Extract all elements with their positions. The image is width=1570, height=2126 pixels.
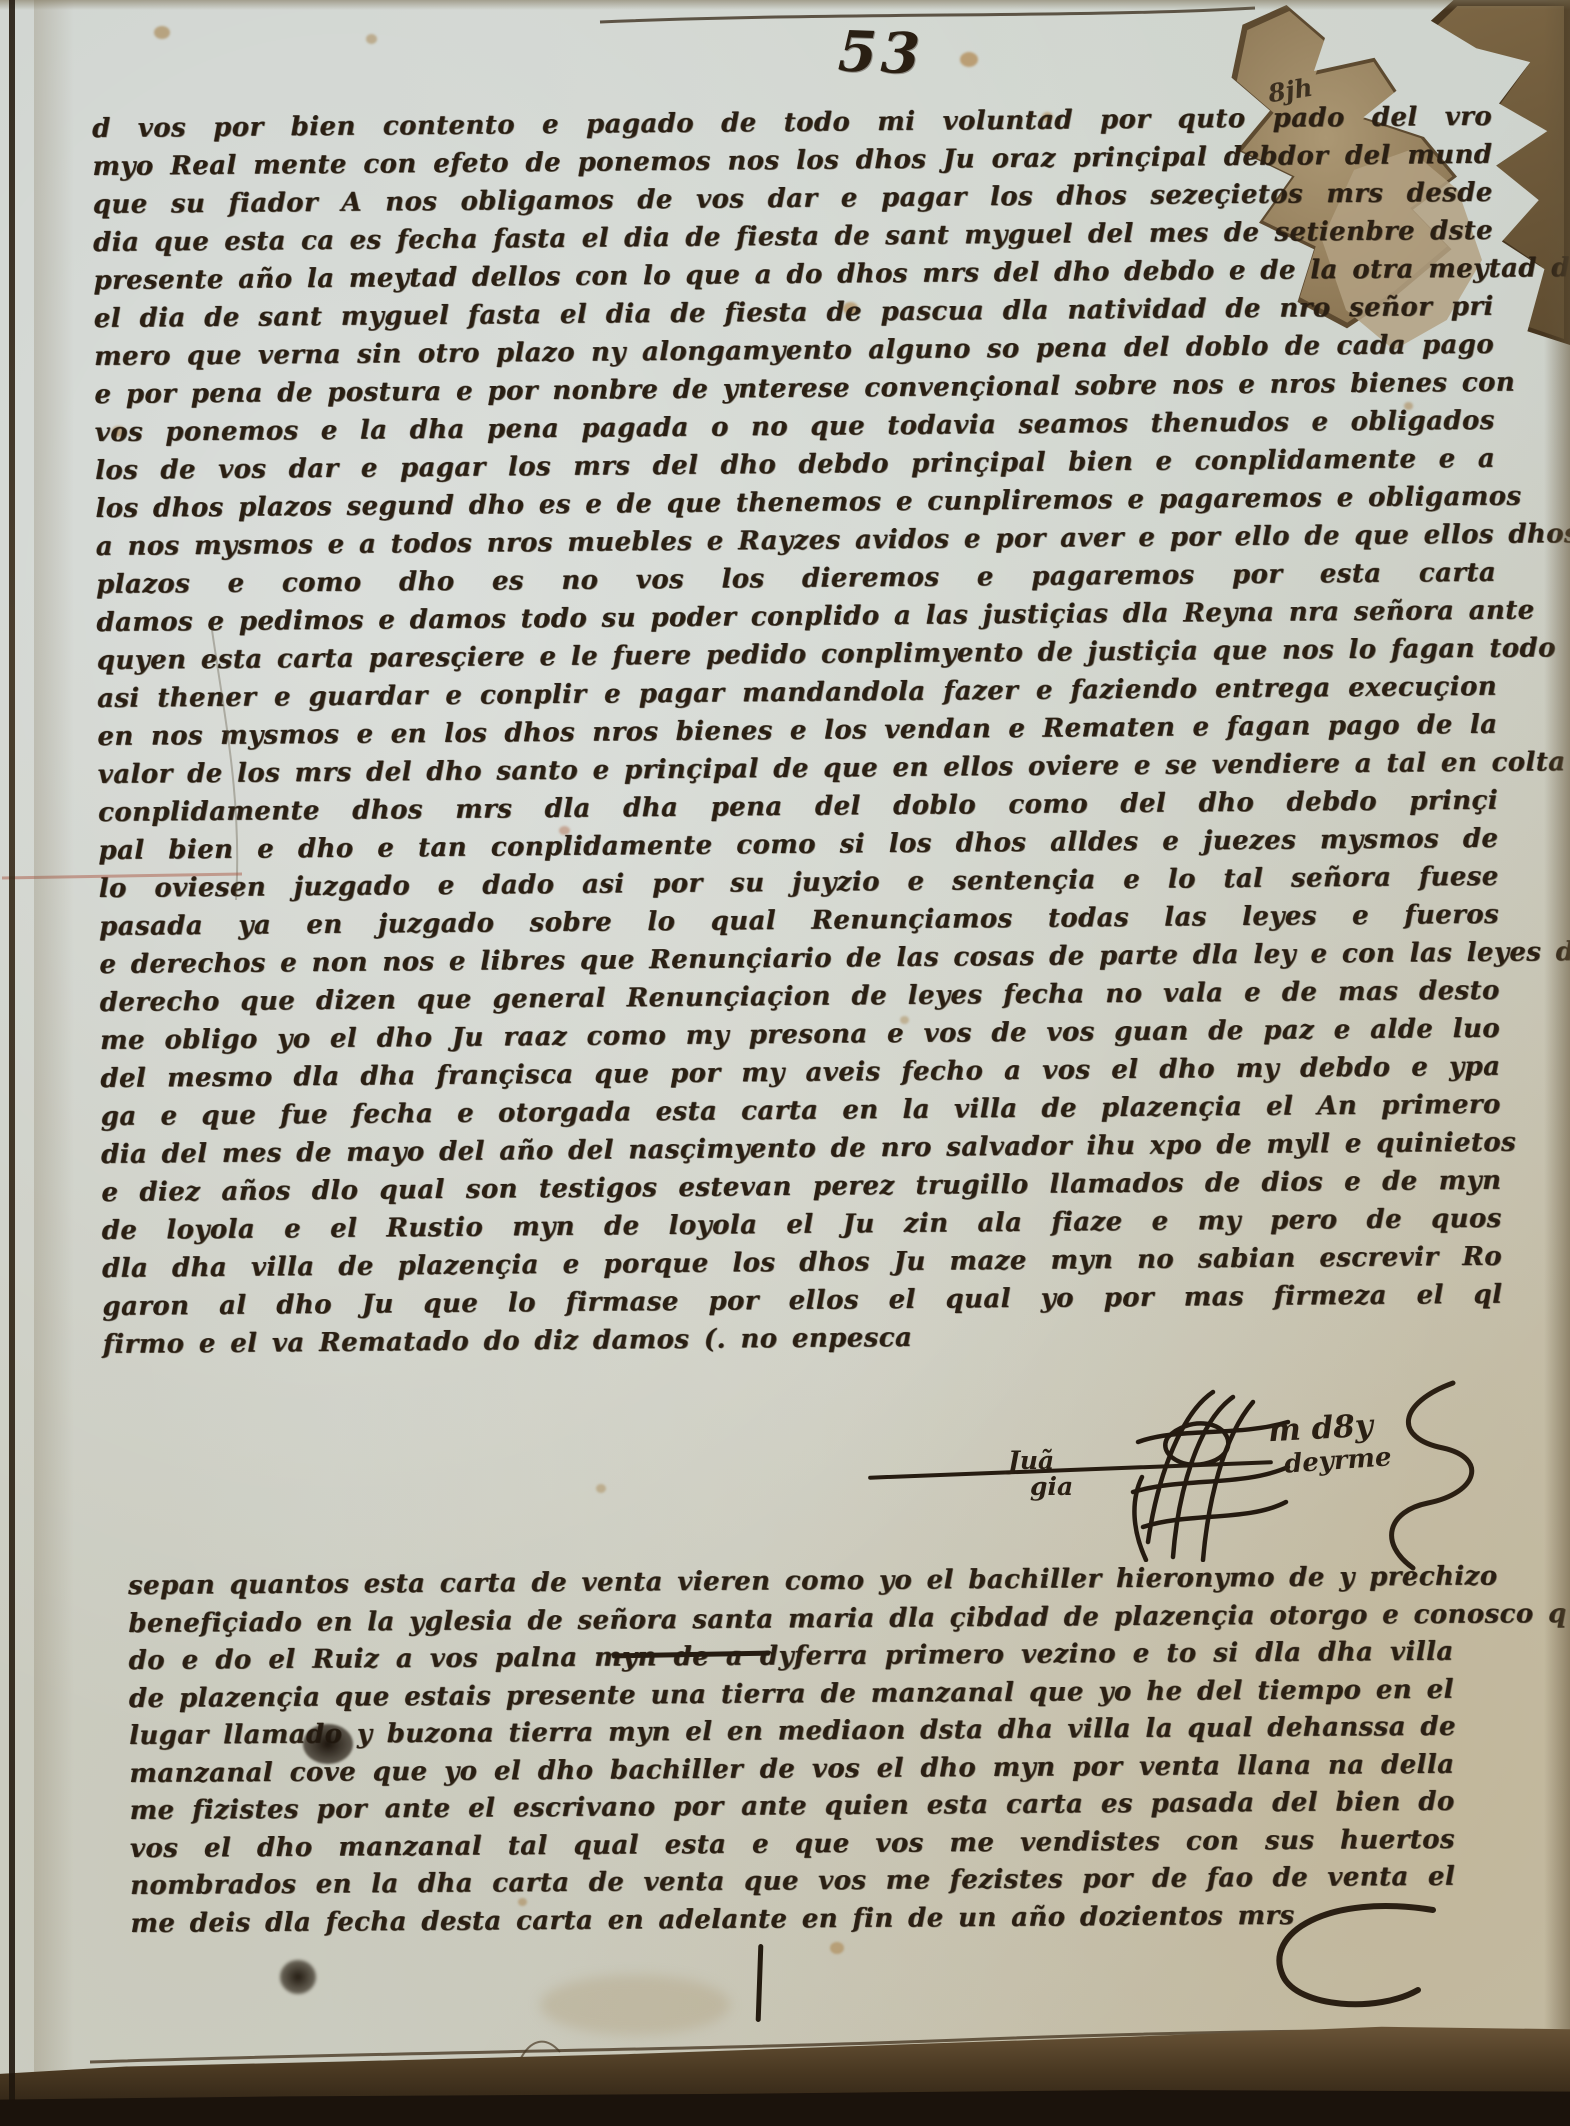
closing-flourish-icon xyxy=(1248,1898,1458,2028)
binding-gutter xyxy=(0,0,36,2126)
signature-swash-icon xyxy=(1358,1378,1478,1578)
binding-crease xyxy=(9,0,15,2126)
ink-blot xyxy=(303,1724,353,1764)
signature-name-line1: Juã xyxy=(1008,1448,1073,1474)
signature-name-line2: gia xyxy=(1030,1474,1073,1500)
folio-number: 53 xyxy=(837,19,925,88)
foxing-spot xyxy=(366,34,377,44)
foxing-spot xyxy=(830,1942,844,1954)
obligation-paragraph: d vos por bien contento e pagado de todo… xyxy=(92,98,1503,1364)
ink-blot xyxy=(280,1960,316,1994)
foxing-spot xyxy=(960,52,978,67)
page-edge-top xyxy=(0,0,1570,10)
smudge xyxy=(540,1975,730,2035)
signature-name: Juã gia xyxy=(1008,1448,1073,1500)
page-edge-right xyxy=(1544,0,1570,2126)
foxing-spot xyxy=(596,1484,606,1493)
manuscript-page: 53 8jh d vos por bien contento e pagado … xyxy=(0,0,1570,2126)
foxing-spot xyxy=(154,26,170,39)
binding-shadow xyxy=(34,0,74,2126)
